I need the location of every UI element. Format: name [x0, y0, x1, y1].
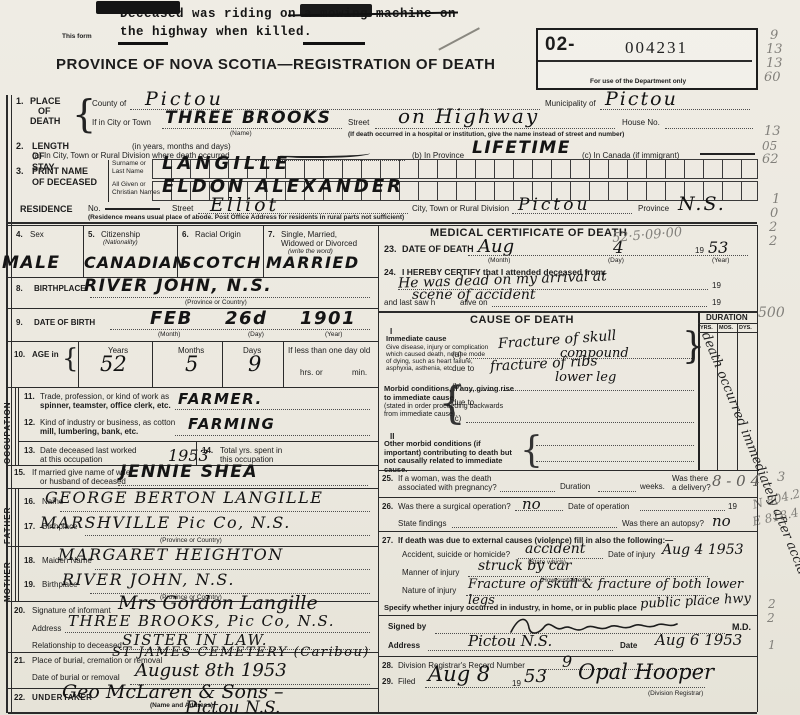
field5-label: Citizenship — [101, 230, 140, 239]
field7-label2: Widowed or Divorced — [281, 239, 357, 248]
surname-caption1: Surname or — [112, 160, 146, 167]
nature-label: Nature of injury — [402, 586, 456, 595]
field10-number: 10. — [14, 350, 25, 359]
age-brace: { — [62, 344, 79, 374]
cell-divider — [222, 341, 223, 387]
field25-label1: If a woman, was the death — [398, 474, 491, 483]
residence-city-value: Pictou — [518, 195, 590, 215]
side-rule — [15, 546, 16, 602]
fill-line — [466, 421, 694, 423]
sec3-divider — [108, 160, 109, 202]
side-rule — [15, 387, 16, 465]
field19-number: 19. — [24, 580, 35, 589]
burial-date-value: August 8th 1953 — [135, 660, 287, 681]
delivery-label2: a delivery? — [672, 483, 711, 492]
mother-name-value: MARGARET HEIGHTON — [58, 545, 284, 564]
industry-value: FARMING — [188, 415, 275, 433]
fill-line — [640, 509, 725, 511]
fill-line — [118, 484, 368, 486]
sex-value: MALE — [2, 253, 61, 273]
fill-line — [452, 526, 617, 528]
row-rule — [378, 497, 757, 498]
pencil-stroke — [438, 27, 479, 50]
cause-dueto1-label: due to — [452, 364, 474, 373]
county-label: County of — [92, 99, 126, 108]
cell-divider — [78, 341, 79, 387]
side-rule — [18, 546, 19, 602]
given-names-value: ELDON ALEXANDER — [162, 176, 404, 197]
field6-number: 6. — [182, 230, 189, 239]
field16-number: 16. — [24, 497, 35, 506]
spouse-value: JENNIE SHEA — [120, 462, 258, 482]
field12-label: Kind of industry or business, as cotton — [40, 418, 175, 427]
md-date-value: Aug 6 1953 — [655, 631, 742, 649]
duration-header: DURATION — [706, 313, 748, 322]
house-no-fill-line — [665, 127, 753, 129]
fill-line — [60, 510, 370, 512]
field20-number: 20. — [14, 606, 25, 615]
residence-no-dash — [105, 208, 160, 213]
fill-line — [85, 534, 370, 536]
field17-caption: (Province or Country) — [160, 537, 222, 544]
delivery-label1: Was there — [672, 474, 708, 483]
margin-number: 2 — [769, 234, 777, 249]
residence-province-value: N.S. — [678, 193, 726, 215]
sec1-number: 1. — [16, 96, 24, 106]
field14-number: 14. — [202, 446, 213, 455]
body-top-rule — [8, 222, 757, 224]
field23-number: 23. — [384, 244, 397, 254]
dob-day-caption: (Day) — [248, 331, 264, 338]
margin-number: 13 — [766, 56, 783, 71]
pregnancy-duration-label: Duration — [560, 482, 590, 491]
given-caption1: All Given or — [112, 181, 146, 188]
side-rule — [18, 488, 19, 546]
medical-certificate-title: MEDICAL CERTIFICATE OF DEATH — [430, 227, 627, 239]
field23-label: DATE OF DEATH — [402, 244, 474, 254]
fill-line — [398, 288, 708, 290]
margin-number: 9 — [770, 28, 778, 43]
margin-number: 1 — [768, 638, 776, 652]
fill-line — [536, 460, 694, 462]
operation-date-label: Date of operation — [568, 502, 629, 511]
stay-a-dash-mark — [280, 150, 370, 158]
field8-caption: (Province or Country) — [185, 299, 247, 306]
autopsy-label: Was there an autopsy? — [622, 519, 704, 528]
surname-value: LANGILLE — [162, 153, 291, 174]
field17-number: 17. — [24, 522, 35, 531]
dob-month-caption: (Month) — [158, 331, 180, 338]
margin-number: 62 — [762, 152, 779, 167]
stay-b-value: LIFETIME — [472, 138, 571, 158]
md-date-label: Date — [620, 641, 637, 650]
field15-label: If married give name of wife — [32, 468, 130, 477]
field29-label: Filed — [398, 677, 415, 686]
death-certificate-scan: Deceased was riding on a mowing machine … — [0, 0, 800, 715]
residence-label: RESIDENCE — [20, 204, 73, 214]
fill-line — [468, 254, 748, 256]
sec1-label: DEATH — [30, 116, 60, 126]
division-registrar-caption: (Division Registrar) — [648, 690, 703, 697]
age-min-label: min. — [352, 368, 367, 377]
form-title: PROVINCE OF NOVA SCOTIA—REGISTRATION OF … — [56, 56, 495, 73]
burial-place-value: ST JAMES CEMETERY (Caribou) — [112, 645, 370, 660]
dod-day-caption: (Day) — [608, 257, 624, 264]
field25-label2: associated with pregnancy? — [398, 483, 497, 492]
accident-value: accident — [525, 541, 585, 557]
fill-line — [598, 490, 636, 492]
field11-label2: spinner, teamster, office clerk, etc. — [40, 401, 171, 410]
state-findings-label: State findings — [398, 519, 446, 528]
father-side-label: FATHER — [3, 494, 12, 544]
field29-number: 29. — [382, 677, 393, 686]
field11-label: Trade, profession, or kind of work as — [40, 392, 169, 401]
field11-number: 11. — [24, 392, 35, 401]
row-rule — [18, 441, 378, 442]
field25-number: 25. — [382, 474, 393, 483]
undertaker-value2: Pictou N.S. — [185, 698, 280, 715]
age-days-value: 9 — [248, 352, 261, 376]
autopsy-value: no — [712, 512, 731, 530]
field7-label: Single, Married, — [281, 230, 337, 239]
field18-number: 18. — [24, 556, 35, 565]
injury-date-value: Aug 4 1953 — [662, 542, 744, 558]
fill-line — [500, 490, 555, 492]
stamp-number: 004231 — [625, 38, 688, 58]
sec2-detail: (in years, months and days) — [132, 142, 231, 151]
cell-divider — [263, 225, 264, 277]
operation-19: 19 — [728, 502, 737, 511]
certify-19b: 19 — [712, 298, 721, 307]
dod-month-caption: (Month) — [488, 257, 510, 264]
mother-side-label: MOTHER — [3, 552, 12, 602]
typed-note-line2: the highway when killed. — [120, 25, 312, 39]
last-saw-label: and last saw h — [384, 298, 435, 307]
morbid-label: Morbid conditions, if any, giving rise t… — [384, 385, 514, 402]
side-rule — [18, 387, 19, 465]
filed-date-value: Aug 8 — [428, 662, 490, 686]
residence-caption: (Residence means usual place of abode. P… — [88, 214, 688, 221]
field10-label: AGE in — [32, 350, 59, 359]
cause-dueto1-value2: lower leg — [555, 370, 616, 385]
margin-number: 60 — [764, 70, 781, 85]
field14-label: Total yrs. spent in — [220, 446, 282, 455]
residence-city-label: City, Town or Rural Division — [412, 204, 509, 213]
field13-label2: at this occupation — [40, 455, 102, 464]
margin-number: 2 — [768, 597, 776, 611]
dob-year-caption: (Year) — [325, 331, 342, 338]
filed-year-value: 53 — [524, 666, 547, 687]
informant-address-value: THREE BROOKS, Pic Co, N.S. — [68, 612, 335, 630]
cell-divider — [283, 341, 284, 387]
county-value: Pictou — [145, 88, 224, 110]
marital-status-value: MARRIED — [266, 253, 360, 272]
field13-number: 13. — [24, 446, 35, 455]
house-no-label: House No. — [622, 118, 660, 127]
trade-value: FARMER. — [178, 390, 263, 408]
column-divider — [378, 225, 379, 712]
field8-number: 8. — [16, 284, 23, 293]
field4-number: 4. — [16, 230, 23, 239]
cell-divider — [152, 341, 153, 387]
row-rule — [8, 341, 378, 342]
mother-birthplace-value: RIVER JOHN, N.S. — [62, 570, 235, 589]
row-rule — [8, 387, 378, 388]
md-address-value: Pictou N.S. — [468, 632, 552, 650]
underline-mark — [118, 42, 168, 45]
field8-label: BIRTHPLACE — [34, 284, 86, 293]
margin-number: 13 — [764, 124, 781, 139]
stamp-prefix: 02- — [545, 34, 575, 56]
residence-street-value: Elliot — [210, 194, 279, 216]
field5-label2: (Nationality) — [103, 239, 138, 246]
municipality-value: Pictou — [605, 88, 678, 110]
street-value: on Highway — [398, 104, 539, 128]
stamp-divider — [538, 60, 752, 62]
occupation-side-label: OCCUPATION — [3, 392, 12, 464]
margin-number: 3 — [777, 470, 785, 485]
residence-no-label: No. — [88, 204, 100, 213]
margin-number: 2 — [769, 220, 777, 235]
field12-label2: mill, lumbering, bank, etc. — [40, 427, 138, 436]
weeks-label: weeks. — [640, 482, 665, 491]
sec3-label1: PRINT NAME — [32, 166, 88, 176]
fill-line — [90, 296, 370, 298]
field22-number: 22. — [14, 693, 25, 702]
field28-number: 28. — [382, 661, 393, 670]
injury-date-label: Date of injury — [608, 550, 655, 559]
dob-month: FEB — [150, 308, 193, 329]
field15-label2: or husband of deceased — [40, 477, 126, 486]
citizenship-value: CANADIAN — [84, 253, 187, 272]
manner-label: Manner of injury — [402, 568, 459, 577]
cause-a-label: (a) — [452, 350, 462, 359]
field4-label: Sex — [30, 230, 44, 239]
body-top-rule2 — [8, 225, 757, 226]
immediate-cause-label: Immediate cause — [386, 335, 446, 344]
dob-year: 1901 — [300, 308, 356, 329]
stamp-caption: For use of the Department only — [590, 78, 686, 85]
duration-dys: DYS. — [739, 325, 752, 331]
residence-province-label: Province — [638, 204, 669, 213]
row-rule — [378, 531, 757, 532]
relationship-label: Relationship to deceased — [32, 641, 122, 650]
other-morbid-label: Other morbid conditions (if important) c… — [384, 440, 519, 475]
fill-line — [175, 434, 370, 436]
manner-value: struck by car — [478, 558, 572, 574]
side-rule — [15, 488, 16, 546]
sec1-label: PLACE — [30, 96, 61, 106]
morbid-detail: (stated in order proceeding backwards fr… — [384, 403, 509, 419]
field12-number: 12. — [24, 418, 35, 427]
field5-number: 5. — [88, 230, 95, 239]
duration-rule — [698, 323, 757, 324]
fill-line — [110, 328, 370, 330]
field7-number: 7. — [268, 230, 275, 239]
sec3-label2: OF DECEASED — [32, 177, 97, 187]
cause-of-death-title: CAUSE OF DEATH — [470, 314, 574, 326]
field9-number: 9. — [16, 318, 23, 327]
fill-line — [536, 444, 694, 446]
birthplace-value: RIVER JOHN, N.S. — [84, 276, 272, 296]
dob-day: 26d — [225, 308, 267, 329]
age-hrs-label: hrs. or — [300, 368, 323, 377]
duration-brace: } — [682, 326, 705, 367]
field9-label: DATE OF BIRTH — [34, 318, 95, 327]
fill-line — [428, 649, 613, 651]
fill-line — [425, 686, 705, 688]
fill-line — [492, 305, 707, 307]
signed-by-label: Signed by — [388, 622, 426, 631]
certify-19a: 19 — [712, 281, 721, 290]
age-months-value: 5 — [185, 352, 198, 376]
municipality-label: Municipality of — [545, 99, 596, 108]
code-annotation-25: 8 - 0 4 — [712, 472, 760, 490]
division-registrar-signature: Opal Hooper — [578, 660, 714, 684]
sec3-number: 3. — [16, 166, 24, 176]
fill-line — [515, 509, 563, 511]
duration-mos: MOS. — [719, 325, 733, 331]
age-years-value: 52 — [100, 352, 127, 376]
field6-label: Racial Origin — [195, 230, 241, 239]
alive-on-label: alive on — [460, 298, 488, 307]
residence-street-label: Street — [172, 204, 193, 213]
surname-caption2: Last Name — [112, 168, 143, 175]
city-town-value: THREE BROOKS — [165, 108, 331, 128]
other-brace: { — [520, 430, 543, 471]
margin-number: 1 — [772, 192, 780, 207]
city-town-label: If in City or Town — [92, 118, 151, 127]
field26-label: Was there a surgical operation? — [398, 502, 511, 511]
dod-year-caption: (Year) — [712, 257, 729, 264]
margin-number: 0 — [770, 206, 778, 221]
margin-number: 2 — [767, 611, 775, 625]
underline-mark — [303, 42, 365, 45]
racial-origin-value: SCOTCH — [180, 253, 262, 272]
field24-number: 24. — [384, 268, 396, 278]
sec2-number: 2. — [16, 141, 24, 151]
bottom-rule — [8, 712, 757, 714]
field13-label: Date deceased last worked — [40, 446, 137, 455]
informant-signature: Mrs Gordon Langille — [118, 592, 318, 614]
father-birthplace-value: MARSHVILLE Pic Co, N.S. — [40, 513, 291, 532]
margin-number: 13 — [766, 42, 783, 57]
fill-line — [175, 408, 370, 410]
this-form-label: This form — [62, 33, 92, 40]
field26-number: 26. — [382, 502, 393, 511]
sec1-label: OF — [38, 106, 51, 116]
field15-number: 15. — [14, 468, 25, 477]
name-caption: (Name) — [230, 130, 252, 137]
father-name-value: GEORGE BERTON LANGILLE — [45, 488, 323, 507]
field21-number: 21. — [14, 656, 25, 665]
margin-number: 500 — [758, 305, 785, 321]
field27-number: 27. — [382, 536, 393, 545]
md-address-label: Address — [388, 641, 420, 650]
street-label: Street — [348, 118, 369, 127]
age-less-label: If less than one day old — [288, 346, 370, 355]
informant-address-label: Address — [32, 624, 61, 633]
margin-number: 05 — [762, 139, 777, 153]
